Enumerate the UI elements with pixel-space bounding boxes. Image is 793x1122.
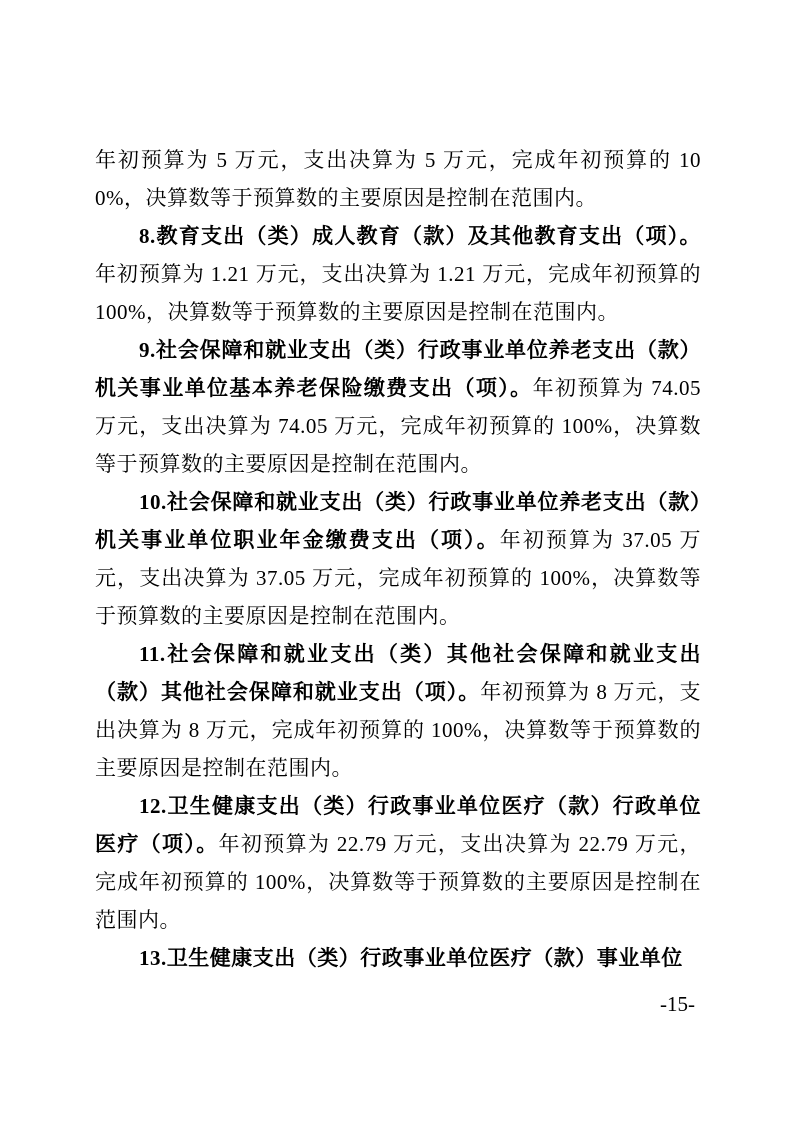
item-heading: 13.卫生健康支出（类）行政事业单位医疗（款）事业单位: [139, 946, 683, 970]
paragraph-item: 11.社会保障和就业支出（类）其他社会保障和就业支出（款）其他社会保障和就业支出…: [95, 635, 701, 787]
paragraph-continuation: 年初预算为 5 万元，支出决算为 5 万元，完成年初预算的 100%，决算数等于…: [95, 141, 701, 217]
paragraph-text: 年初预算为 1.21 万元，支出决算为 1.21 万元，完成年初预算的 100%…: [95, 262, 701, 324]
paragraph-item: 12.卫生健康支出（类）行政事业单位医疗（款）行政单位医疗（项）。年初预算为 2…: [95, 787, 701, 939]
item-heading: 8.教育支出（类）成人教育（款）及其他教育支出（项）。: [139, 224, 701, 248]
document-body: 年初预算为 5 万元，支出决算为 5 万元，完成年初预算的 100%，决算数等于…: [95, 141, 701, 977]
paragraph-item: 13.卫生健康支出（类）行政事业单位医疗（款）事业单位: [95, 939, 701, 977]
paragraph-text: 年初预算为 5 万元，支出决算为 5 万元，完成年初预算的 100%，决算数等于…: [95, 148, 701, 210]
page-number: -15-: [660, 992, 695, 1016]
document-page: 年初预算为 5 万元，支出决算为 5 万元，完成年初预算的 100%，决算数等于…: [0, 0, 793, 1122]
paragraph-item: 8.教育支出（类）成人教育（款）及其他教育支出（项）。年初预算为 1.21 万元…: [95, 217, 701, 331]
paragraph-item: 10.社会保障和就业支出（类）行政事业单位养老支出（款）机关事业单位职业年金缴费…: [95, 483, 701, 635]
paragraph-item: 9.社会保障和就业支出（类）行政事业单位养老支出（款）机关事业单位基本养老保险缴…: [95, 331, 701, 483]
page-footer: -15-: [0, 992, 793, 1016]
